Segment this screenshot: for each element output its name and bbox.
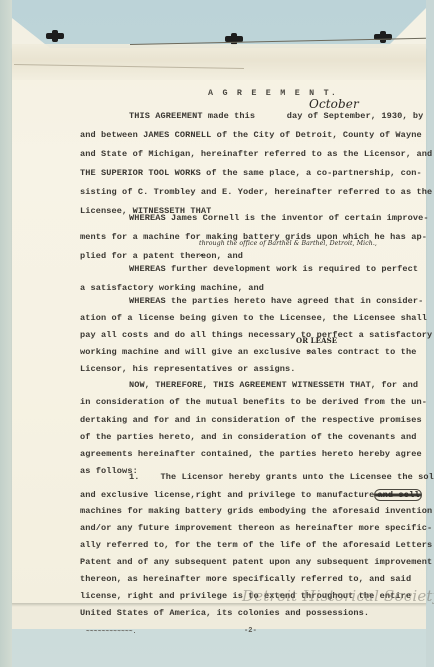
text-line: and/or any future improvement thereon as… [80, 523, 432, 533]
text-line: pay all costs and do all things necessar… [80, 330, 432, 340]
caret-mark: ^ [306, 350, 314, 360]
text-line: agreements hereinafter contained, the pa… [80, 449, 422, 459]
text-line: WHEREAS James Cornell is the inventor of… [129, 213, 429, 223]
text-line: a satisfactory working machine, and [80, 283, 264, 293]
caret-mark: ^ [198, 254, 206, 264]
watermark: Detroit Historical Society [242, 587, 434, 605]
text-line: and between JAMES CORNELL of the City of… [80, 130, 422, 140]
text-line: ation of a license being given to the Li… [80, 313, 427, 323]
text-line: thereon, as hereinafter more specificall… [80, 574, 411, 584]
text-line: NOW, THEREFORE, THIS AGREEMENT WITNESSET… [129, 380, 418, 390]
text-line: ally referred to, for the term of the li… [80, 540, 432, 550]
handwritten-month: October [309, 97, 359, 111]
text-line: and exclusive license,right and privileg… [80, 489, 422, 501]
text-line: THE SUPERIOR TOOL WORKS of the same plac… [80, 168, 422, 178]
text-line: plied for a patent thereon, and [80, 251, 243, 261]
text-line: THIS AGREEMENT made this day of Septembe… [129, 111, 423, 121]
handwritten-lease-insert: OR LEASE [296, 336, 337, 345]
text-line: and State of Michigan, hereinafter refer… [80, 149, 432, 159]
text-line: working machine and will give an exclusi… [80, 347, 416, 357]
text-line: dertaking and for and in consideration o… [80, 415, 422, 425]
text-line: 1. The Licensor hereby grants unto the L… [129, 472, 434, 482]
document-text: A G R E E M E N T. October THIS AGREEMEN… [0, 0, 434, 667]
text-line: United States of America, its colonies a… [80, 608, 369, 618]
footer-mark: ~~~~~~~~~~~~. [86, 628, 137, 635]
text-line: in consideration of the mutual benefits … [80, 397, 427, 407]
page-number: -2- [244, 627, 257, 635]
handwritten-patent-note: through the office of Barthel & Barthel,… [199, 240, 377, 247]
text-line: Patent and of any subsequent patent upon… [80, 557, 432, 567]
text-line: WHEREAS further development work is requ… [129, 264, 418, 274]
text-line: WHEREAS the parties hereto have agreed t… [129, 296, 423, 306]
text-line: sisting of C. Trombley and E. Yoder, her… [80, 187, 432, 197]
struck-circled-word: and sell [374, 489, 422, 501]
text-line: machines for making battery grids embody… [80, 506, 432, 516]
text-line: of the parties hereto, and in considerat… [80, 432, 416, 442]
text-line: Licensor, his representatives or assigns… [80, 364, 296, 374]
